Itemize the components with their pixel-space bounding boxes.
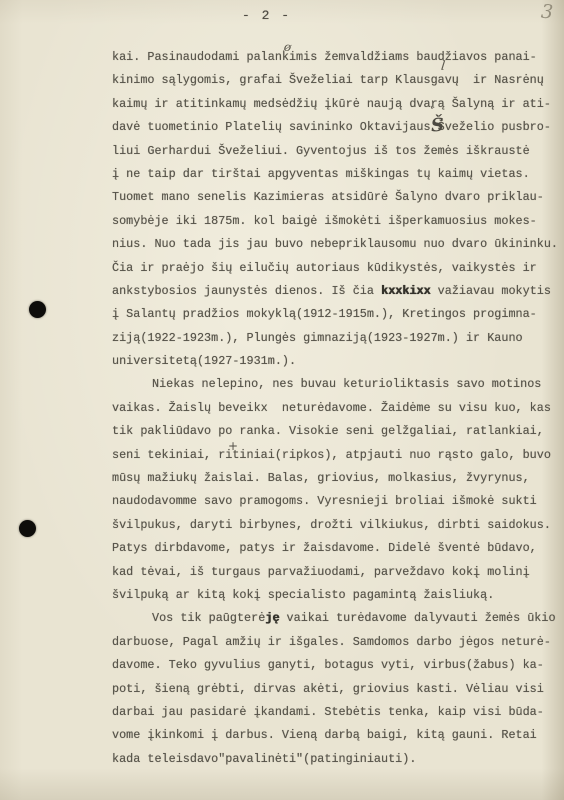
handwritten-letter-s-correction: Š <box>430 117 444 136</box>
text-segment: tik pakliūdavo po ranka. Visokie seni ge… <box>112 424 544 438</box>
text-segment: į Salantų pradžios mokyklą(1912-1915m.),… <box>112 307 537 321</box>
overstruck-word: kxxkixx <box>381 284 431 298</box>
text-line: davė tuometinio Platelių savininko Oktav… <box>112 116 560 139</box>
text-line: kaimų ir atitinkamų medsėdžių įkūrė nauj… <box>112 93 560 116</box>
punch-hole-top <box>29 301 46 318</box>
text-line: tik pakliūdavo po ranka. Visokie seni ge… <box>112 420 560 443</box>
text-line: ankstybosios jaunystės dienos. Iš čia kx… <box>112 280 560 303</box>
text-segment: universitetą(1927-1931m.). <box>112 354 296 368</box>
text-line: vaikas. Žaislų beveikx neturėdavome. Žai… <box>112 397 560 420</box>
text-segment: Vos tik paūgterė <box>152 611 265 625</box>
text-segment: somybėje iki 1875m. kol baigė išmokėti i… <box>112 214 537 228</box>
text-segment: davė tuometinio Platelių savininko Oktav… <box>112 120 551 134</box>
text-segment: kaimų ir atitinkamų medsėdžių įkūrė nauj… <box>112 97 551 111</box>
text-segment: naudodavomme savo pramogoms. Vyresnieji … <box>112 494 537 508</box>
text-line: kada teleisdavo"pavalinėti"(patinginiaut… <box>112 748 560 771</box>
text-line: į ne taip dar tirštai apgyventas mišking… <box>112 163 560 186</box>
text-segment: davome. Teko gyvulius ganyti, botagus vy… <box>112 658 544 672</box>
document-page: - 2 - 3 kai. Pasinaudodami palankimis že… <box>0 0 564 800</box>
text-line: ziją(1922-1923m.), Plungės gimnaziją(192… <box>112 327 560 350</box>
text-line: Patys dirbdavome, patys ir žaisdavome. D… <box>112 537 560 560</box>
text-line: į Salantų pradžios mokyklą(1912-1915m.),… <box>112 303 560 326</box>
text-line: Niekas nelepino, nes buvau keturioliktas… <box>112 373 560 396</box>
text-line: darbuose, Pagal amžių ir išgales. Samdom… <box>112 631 560 654</box>
text-line: kai. Pasinaudodami palankimis žemvaldžia… <box>112 46 560 69</box>
text-segment: kad tėvai, iš turgaus parvažiuodami, par… <box>112 565 530 579</box>
text-segment: važiavau mokytis <box>431 284 551 298</box>
text-line: darbai jau pasidarė įkandami. Stebėtis t… <box>112 701 560 724</box>
text-segment: Čia ir praėjo šių eilučių autoriaus kūdi… <box>112 261 537 275</box>
text-line: kinimo sąlygomis, grafai Šveželiai tarp … <box>112 69 560 92</box>
text-segment: Niekas nelepino, nes buvau keturioliktas… <box>152 377 541 391</box>
text-line: Tuomet mano senelis Kazimieras atsidūrė … <box>112 186 560 209</box>
text-segment: poti, šieną grėbti, dirvas akėti, griovi… <box>112 682 544 696</box>
text-line: universitetą(1927-1931m.). <box>112 350 560 373</box>
text-segment: liui Gerhardui Šveželiui. Gyventojus iš … <box>112 144 530 158</box>
text-line: davome. Teko gyvulius ganyti, botagus vy… <box>112 654 560 677</box>
text-segment: ankstybosios jaunystės dienos. Iš čia <box>112 284 381 298</box>
handwritten-page-number: 3 <box>540 1 554 24</box>
text-line: mūsų mažiukų žaislai. Balas, griovius, m… <box>112 467 560 490</box>
text-line: vome įkinkomi į darbus. Vieną darbą baig… <box>112 724 560 747</box>
text-segment: kinimo sąlygomis, grafai Šveželiai tarp … <box>112 73 544 87</box>
text-segment: švilpukus, daryti birbynes, drožti vilki… <box>112 518 551 532</box>
text-line: Vos tik paūgterėję vaikai turėdavome dal… <box>112 607 560 630</box>
text-segment: mūsų mažiukų žaislai. Balas, griovius, m… <box>112 471 530 485</box>
text-segment: ziją(1922-1923m.), Plungės gimnaziją(192… <box>112 331 523 345</box>
overstruck-word: ję <box>265 611 279 625</box>
text-segment: Tuomet mano senelis Kazimieras atsidūrė … <box>112 190 544 204</box>
text-line: švilpukus, daryti birbynes, drožti vilki… <box>112 514 560 537</box>
page-number: - 2 - <box>242 8 291 23</box>
text-segment: Patys dirbdavome, patys ir žaisdavome. D… <box>112 541 537 555</box>
text-line: liui Gerhardui Šveželiui. Gyventojus iš … <box>112 140 560 163</box>
typewritten-text-block: kai. Pasinaudodami palankimis žemvaldžia… <box>112 46 560 771</box>
punch-hole-bottom <box>19 520 36 537</box>
text-segment: darbai jau pasidarė įkandami. Stebėtis t… <box>112 705 544 719</box>
text-line: švilpuką ar kitą kokį specialisto pagami… <box>112 584 560 607</box>
text-line: somybėje iki 1875m. kol baigė išmokėti i… <box>112 210 560 233</box>
text-line: seni tekiniai, ritiniai(ripkos), atpjaut… <box>112 444 560 467</box>
text-segment: vome įkinkomi į darbus. Vieną darbą baig… <box>112 728 537 742</box>
text-segment: vaikas. Žaislų beveikx neturėdavome. Žai… <box>112 401 551 415</box>
text-line: naudodavomme savo pramogoms. Vyresnieji … <box>112 490 560 513</box>
handwritten-plus-correction: + <box>228 440 238 452</box>
text-segment: švilpuką ar kitą kokį specialisto pagami… <box>112 588 494 602</box>
text-segment: vaikai turėdavome dalyvauti žemės ūkio <box>279 611 555 625</box>
text-segment: seni tekiniai, ritiniai(ripkos), atpjaut… <box>112 448 551 462</box>
text-line: kad tėvai, iš turgaus parvažiuodami, par… <box>112 561 560 584</box>
text-segment: darbuose, Pagal amžių ir išgales. Samdom… <box>112 635 551 649</box>
text-segment: kada teleisdavo"pavalinėti"(patinginiaut… <box>112 752 416 766</box>
text-line: Čia ir praėjo šių eilučių autoriaus kūdi… <box>112 257 560 280</box>
text-segment: nius. Nuo tada jis jau buvo nebepriklaus… <box>112 237 558 251</box>
text-line: nius. Nuo tada jis jau buvo nebepriklaus… <box>112 233 560 256</box>
text-line: poti, šieną grėbti, dirvas akėti, griovi… <box>112 678 560 701</box>
text-segment: į ne taip dar tirštai apgyventas mišking… <box>112 167 530 181</box>
text-segment: kai. Pasinaudodami palankimis žemvaldžia… <box>112 50 537 64</box>
